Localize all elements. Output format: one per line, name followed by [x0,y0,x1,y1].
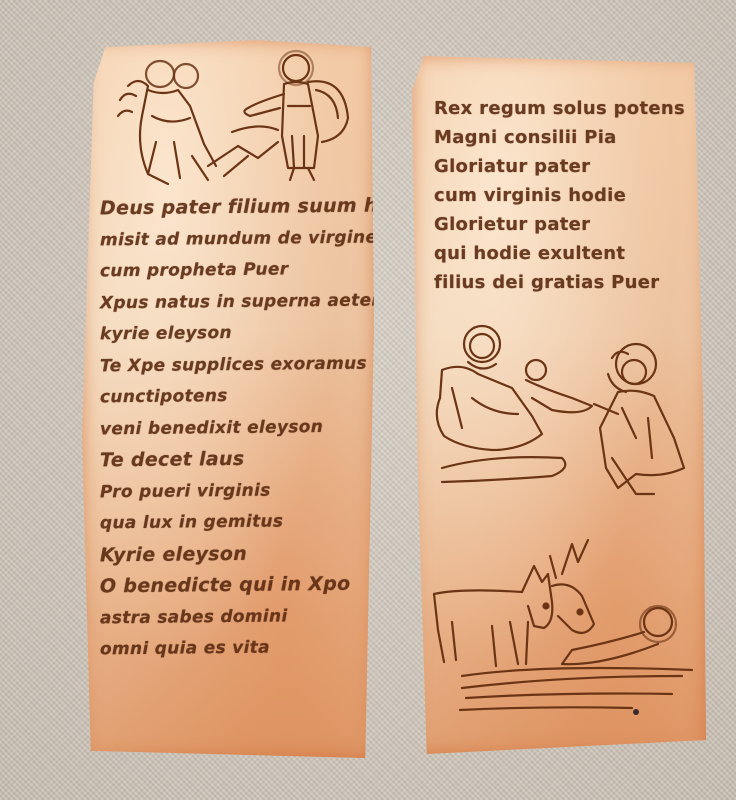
text-line: Glorietur pater [434,210,694,239]
text-line: Pro pueri virginis [100,474,365,508]
text-line: O benedicte qui in Xpo [100,569,365,603]
manuscript-strip-left: Deus pater filium suum hodie misit ad mu… [82,40,374,758]
text-line: Magni consilii Pia [434,123,694,152]
text-line: Deus pater filium suum hodie [100,191,365,225]
text-line: Te decet laus [100,443,365,477]
text-line: veni benedixit eleyson [100,411,365,445]
text-line: Xpus natus in superna aeter [100,285,365,319]
text-line: misit ad mundum de virgine [100,222,365,256]
right-strip-text: Rex regum solus potens Magni consilii Pi… [434,94,694,297]
text-line: qua lux in gemitus [100,506,365,540]
text-line: Kyrie eleyson [100,537,365,571]
left-strip-text: Deus pater filium suum hodie misit ad mu… [100,192,365,665]
holy-family-illustration [422,318,697,518]
manuscript-strip-right: Rex regum solus potens Magni consilii Pi… [412,56,706,754]
text-line: cum virginis hodie [434,181,694,210]
text-line: cum propheta Puer [100,254,365,288]
nativity-illustration [422,526,697,726]
text-line: omni quia es vita [100,632,365,666]
text-line: filius dei gratias Puer [434,268,694,297]
text-line: cunctipotens [100,380,365,414]
angels-illustration [108,46,358,196]
text-line: Te Xpe supplices exoramus [100,348,365,382]
text-line: Rex regum solus potens [434,94,694,123]
text-line: Gloriatur pater [434,152,694,181]
text-line: qui hodie exultent [434,239,694,268]
text-line: kyrie eleyson [100,317,365,351]
text-line: astra sabes domini [100,600,365,634]
